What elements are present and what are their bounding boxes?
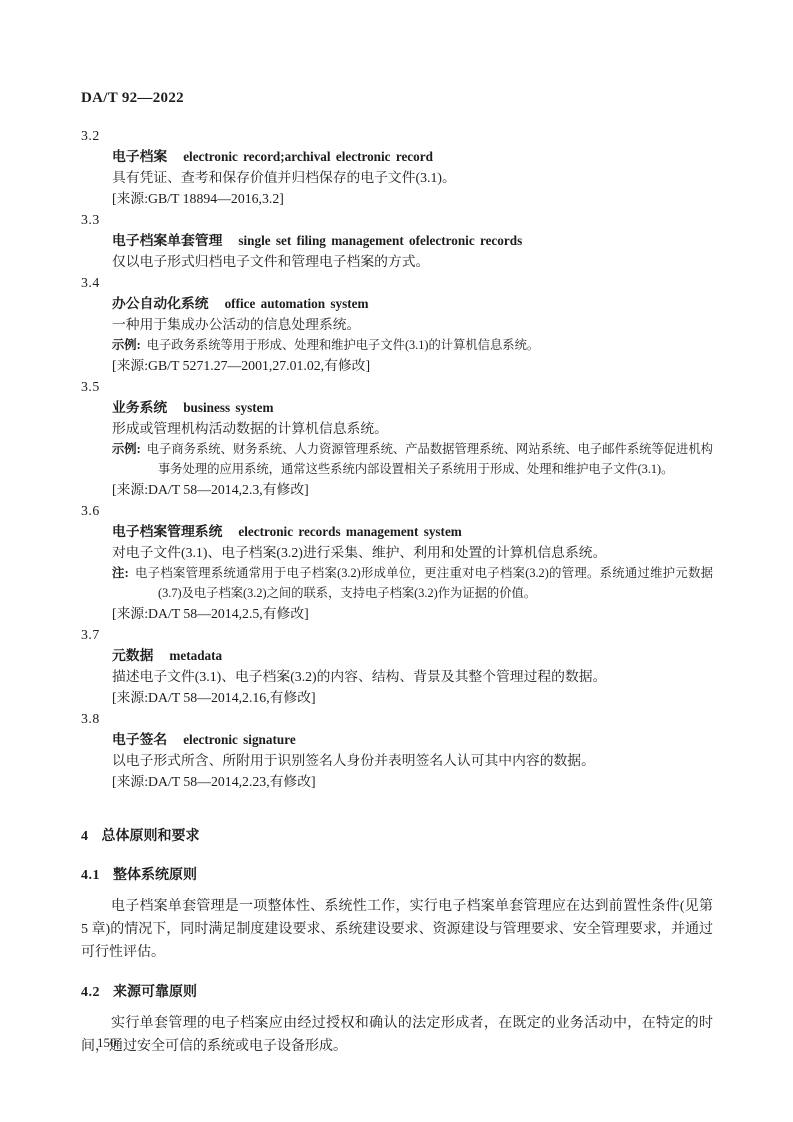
heading-number: 4 — [81, 829, 89, 844]
document-blocks: 3.2电子档案electronic record;archival electr… — [81, 125, 713, 1058]
heading-title: 来源可靠原则 — [113, 985, 197, 1000]
clause-number: 3.2 — [81, 125, 713, 146]
term-entry: 电子档案electronic record;archival electroni… — [81, 146, 713, 167]
term-english: electronic records management system — [238, 524, 461, 539]
term-english: single set filing management ofelectroni… — [238, 233, 522, 248]
term-chinese: 电子档案管理系统 — [112, 524, 222, 539]
term-entry: 办公自动化系统office automation system — [81, 293, 713, 314]
note-line: 示例:电子商务系统、财务系统、人力资源管理系统、产品数据管理系统、网站系统、电子… — [81, 439, 713, 479]
heading-number: 4.1 — [81, 868, 100, 883]
def-text: 一种用于集成办公活动的信息处理系统。 — [81, 314, 713, 335]
clause-number: 3.7 — [81, 624, 713, 645]
term-chinese: 电子档案单套管理 — [112, 233, 222, 248]
source-text: [来源:GB/T 5271.27—2001,27.01.02,有修改] — [81, 355, 713, 376]
heading-number: 4.2 — [81, 985, 100, 1000]
section-heading-4-1: 4.1整体系统原则 — [81, 865, 713, 886]
term-entry: 电子档案单套管理single set filing management ofe… — [81, 230, 713, 251]
term-entry: 业务系统business system — [81, 397, 713, 418]
para-text: 实行单套管理的电子档案应由经过授权和确认的法定形成者，在既定的业务活动中，在特定… — [81, 1012, 713, 1058]
note-label: 示例: — [112, 442, 141, 456]
term-chinese: 电子签名 — [112, 732, 167, 747]
def-text: 描述电子文件(3.1)、电子档案(3.2)的内容、结构、背景及其整个管理过程的数… — [81, 666, 713, 687]
source-text: [来源:GB/T 18894—2016,3.2] — [81, 188, 713, 209]
term-chinese: 办公自动化系统 — [112, 296, 209, 311]
note-label: 示例: — [112, 338, 141, 352]
term-chinese: 业务系统 — [112, 400, 167, 415]
def-text: 形成或管理机构活动数据的计算机信息系统。 — [81, 418, 713, 439]
term-english: business system — [183, 400, 273, 415]
note-label: 注: — [112, 566, 129, 580]
term-chinese: 电子档案 — [112, 149, 167, 164]
source-text: [来源:DA/T 58—2014,2.5,有修改] — [81, 603, 713, 624]
source-text: [来源:DA/T 58—2014,2.23,有修改] — [81, 771, 713, 792]
para-text: 电子档案单套管理是一项整体性、系统性工作，实行电子档案单套管理应在达到前置性条件… — [81, 895, 713, 964]
note-line: 示例:电子政务系统等用于形成、处理和维护电子文件(3.1)的计算机信息系统。 — [81, 335, 713, 355]
term-entry: 电子档案管理系统electronic records management sy… — [81, 521, 713, 542]
heading-title: 总体原则和要求 — [102, 829, 200, 844]
section-heading-4-2: 4.2来源可靠原则 — [81, 982, 713, 1003]
term-entry: 元数据metadata — [81, 645, 713, 666]
note-text: 电子商务系统、财务系统、人力资源管理系统、产品数据管理系统、网站系统、电子邮件系… — [147, 442, 713, 476]
source-text: [来源:DA/T 58—2014,2.16,有修改] — [81, 687, 713, 708]
page-content: DA/T 92—2022 3.2电子档案electronic record;ar… — [81, 88, 713, 1058]
note-text: 电子档案管理系统通常用于电子档案(3.2)形成单位，更注重对电子档案(3.2)的… — [135, 566, 713, 600]
page-number: 150 — [97, 1034, 117, 1052]
note-text: 电子政务系统等用于形成、处理和维护电子文件(3.1)的计算机信息系统。 — [147, 338, 539, 352]
clause-number: 3.4 — [81, 272, 713, 293]
standard-number-header: DA/T 92—2022 — [81, 88, 713, 108]
clause-number: 3.5 — [81, 376, 713, 397]
term-entry: 电子签名electronic signature — [81, 729, 713, 750]
source-text: [来源:DA/T 58—2014,2.3,有修改] — [81, 479, 713, 500]
term-english: electronic record;archival electronic re… — [183, 149, 433, 164]
note-line: 注:电子档案管理系统通常用于电子档案(3.2)形成单位，更注重对电子档案(3.2… — [81, 563, 713, 603]
term-english: office automation system — [225, 296, 369, 311]
document-page: DA/T 92—2022 3.2电子档案electronic record;ar… — [0, 0, 793, 1122]
term-english: electronic signature — [183, 732, 295, 747]
section-heading-4: 4总体原则和要求 — [81, 826, 713, 847]
term-english: metadata — [169, 648, 222, 663]
clause-number: 3.8 — [81, 708, 713, 729]
def-text: 对电子文件(3.1)、电子档案(3.2)进行采集、维护、利用和处置的计算机信息系… — [81, 542, 713, 563]
clause-number: 3.3 — [81, 209, 713, 230]
def-text: 以电子形式所含、所附用于识别签名人身份并表明签名人认可其中内容的数据。 — [81, 750, 713, 771]
term-chinese: 元数据 — [112, 648, 153, 663]
clause-number: 3.6 — [81, 500, 713, 521]
heading-title: 整体系统原则 — [113, 868, 197, 883]
def-text: 仅以电子形式归档电子文件和管理电子档案的方式。 — [81, 251, 713, 272]
def-text: 具有凭证、查考和保存价值并归档保存的电子文件(3.1)。 — [81, 167, 713, 188]
